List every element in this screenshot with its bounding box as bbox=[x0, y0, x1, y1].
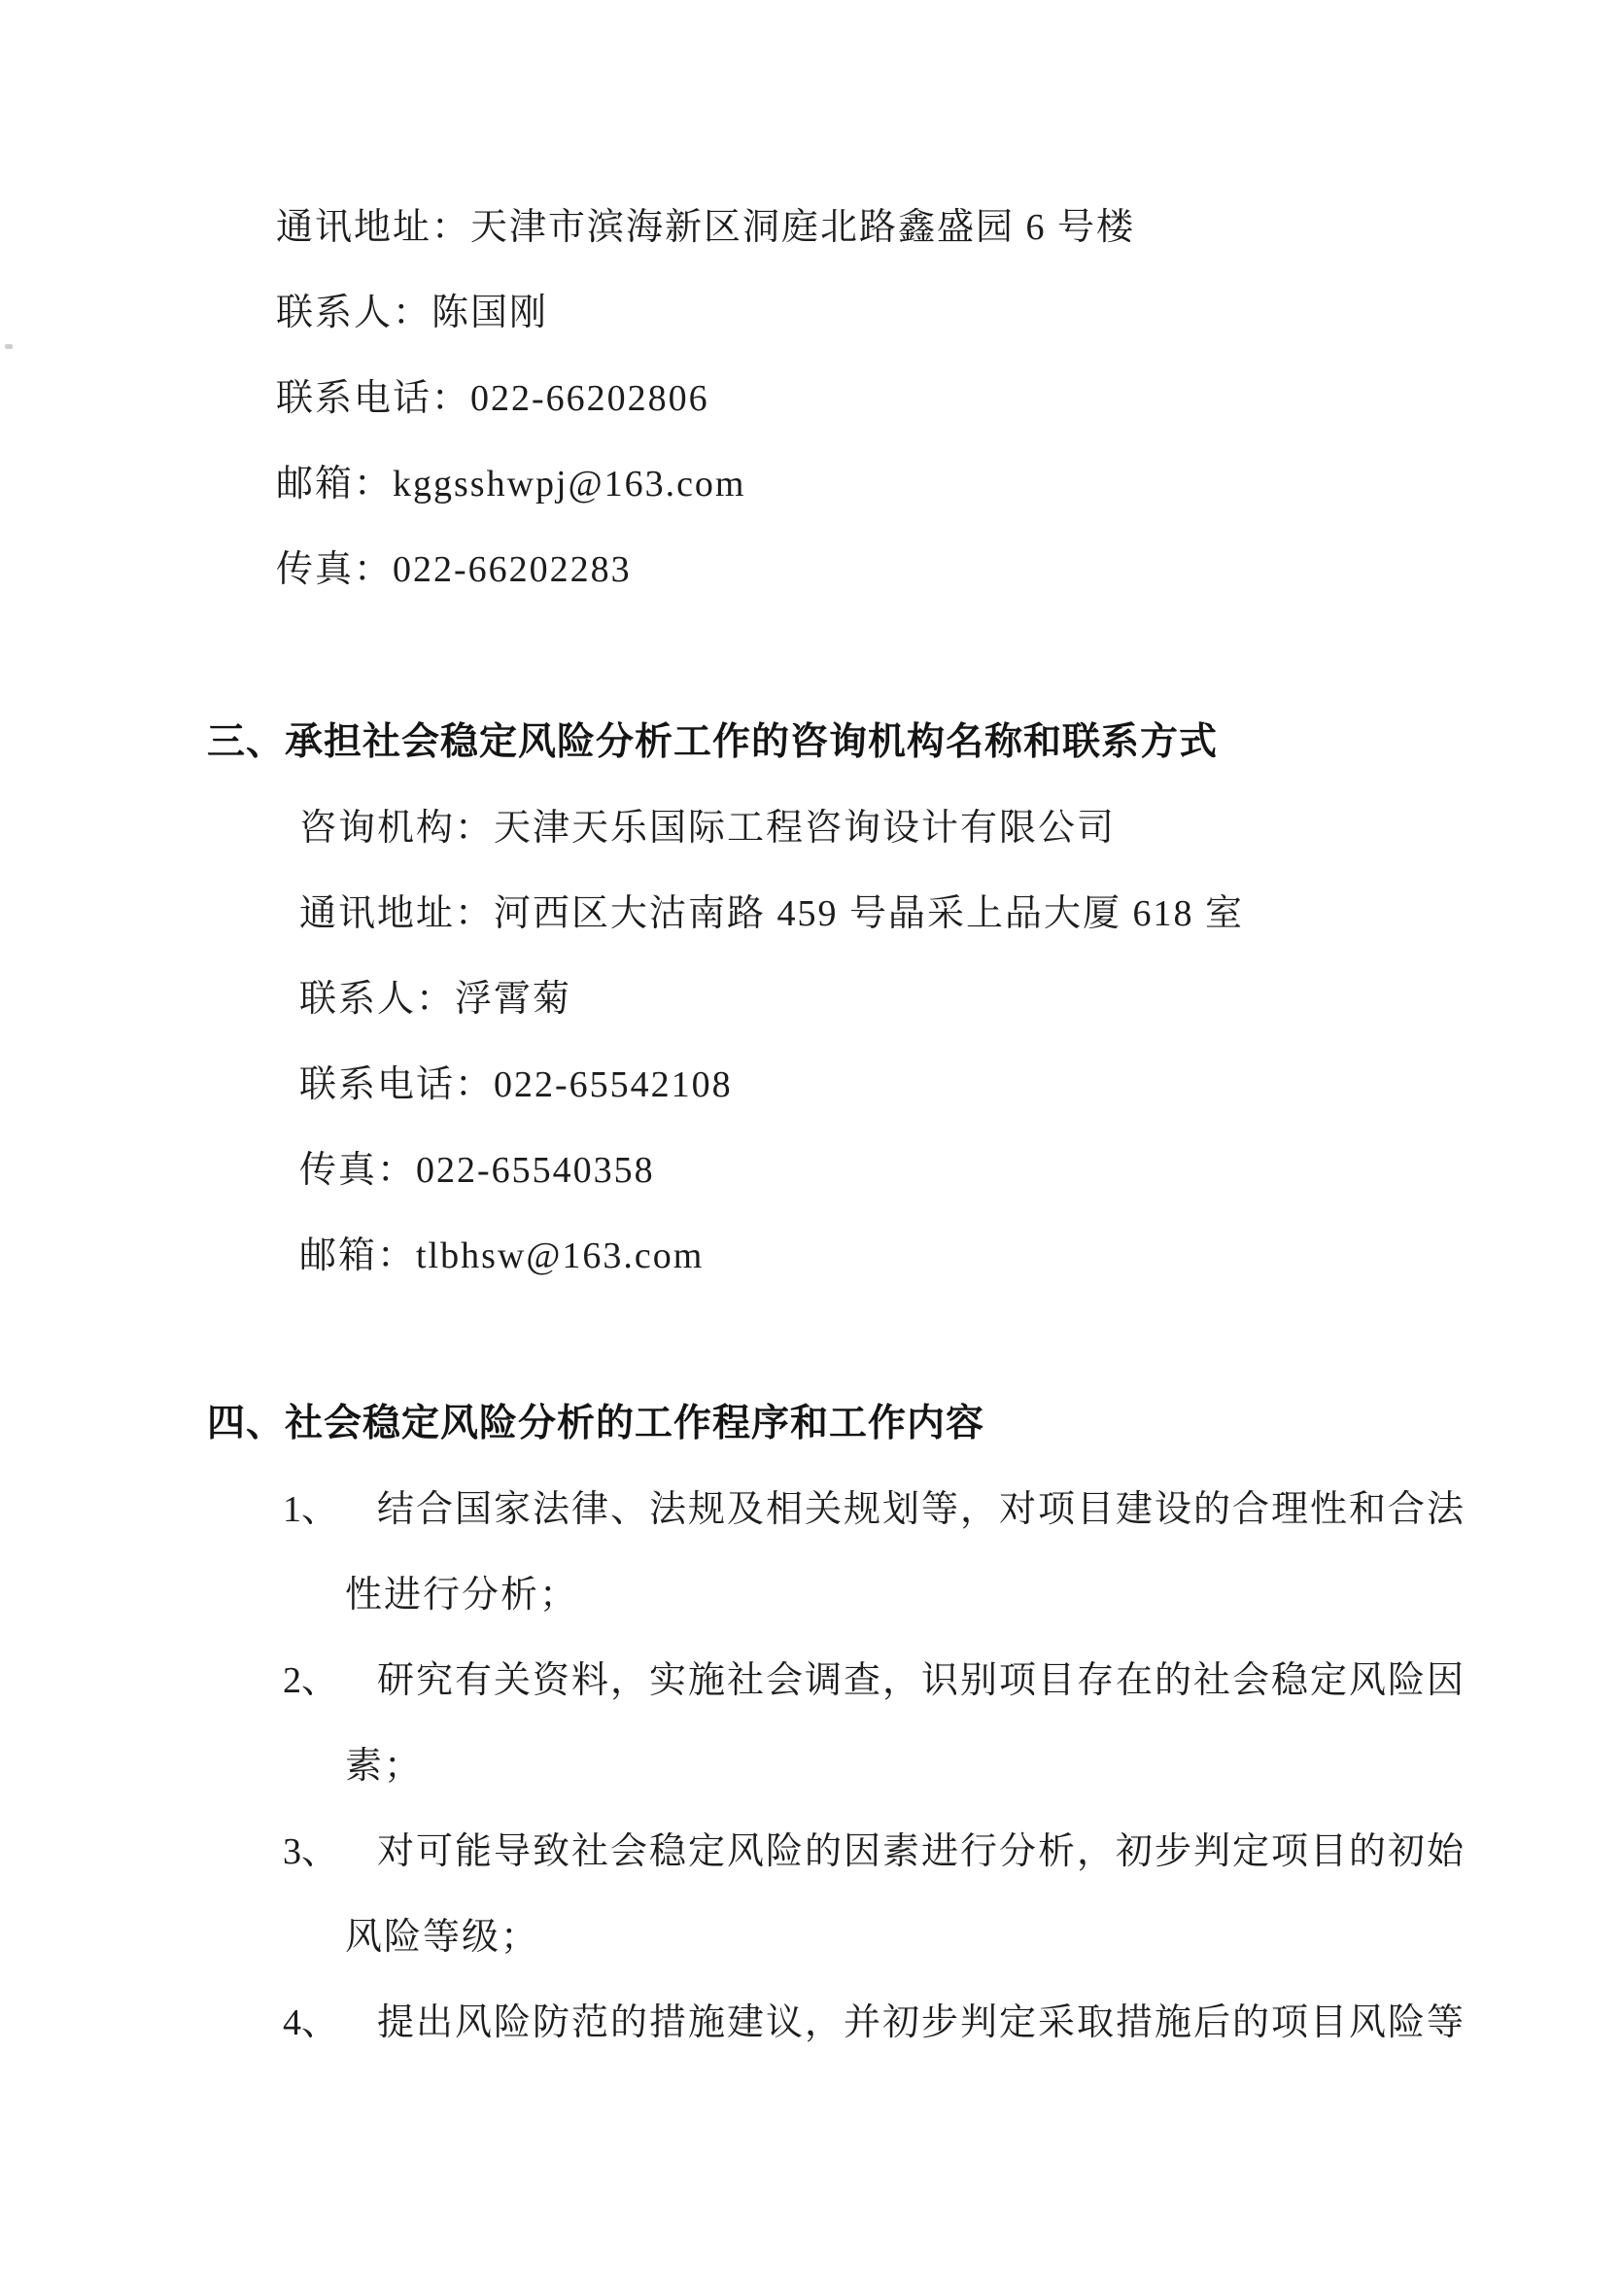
section4-heading: 四、社会稳定风险分析的工作程序和工作内容 bbox=[207, 1381, 1621, 1467]
work-procedure-item-3: 3、对可能导致社会稳定风险的因素进行分析，初步判定项目的初始 风险等级； bbox=[283, 1809, 1621, 1980]
applicant-contact-block: 通讯地址：天津市滨海新区洞庭北路鑫盛园 6 号楼 联系人：陈国刚 联系电话：02… bbox=[276, 185, 1621, 612]
contact-address-line: 通讯地址：天津市滨海新区洞庭北路鑫盛园 6 号楼 bbox=[276, 185, 1621, 270]
work-procedure-item-2: 2、研究有关资料，实施社会调查，识别项目存在的社会稳定风险因 素； bbox=[283, 1638, 1621, 1809]
list-item-number: 3、 bbox=[283, 1809, 377, 1895]
consulting-person-line: 联系人：浮霄菊 bbox=[299, 957, 1621, 1042]
list-item-text: 对可能导致社会稳定风险的因素进行分析，初步判定项目的初始 bbox=[377, 1831, 1466, 1872]
work-procedure-item-1: 1、结合国家法律、法规及相关规划等，对项目建设的合理性和合法 性进行分析； bbox=[283, 1467, 1621, 1638]
list-item-text: 结合国家法律、法规及相关规划等，对项目建设的合理性和合法 bbox=[377, 1489, 1466, 1530]
scan-artifact bbox=[5, 344, 13, 349]
contact-fax-line: 传真：022-66202283 bbox=[276, 527, 1621, 612]
contact-person-line: 联系人：陈国刚 bbox=[276, 270, 1621, 356]
contact-phone-line: 联系电话：022-66202806 bbox=[276, 356, 1621, 441]
list-item-line: 3、对可能导致社会稳定风险的因素进行分析，初步判定项目的初始 bbox=[283, 1809, 1621, 1895]
list-item-line: 素； bbox=[283, 1723, 1621, 1809]
consulting-fax-line: 传真：022-65540358 bbox=[299, 1128, 1621, 1213]
list-item-number: 4、 bbox=[283, 1980, 377, 2066]
list-item-number: 2、 bbox=[283, 1638, 377, 1723]
work-procedure-list: 1、结合国家法律、法规及相关规划等，对项目建设的合理性和合法 性进行分析； 2、… bbox=[283, 1467, 1621, 2066]
list-item-line: 风险等级； bbox=[283, 1895, 1621, 1980]
list-item-text: 提出风险防范的措施建议，并初步判定采取措施后的项目风险等 bbox=[377, 2002, 1466, 2043]
list-item-number: 1、 bbox=[283, 1467, 377, 1552]
consulting-email-line: 邮箱：tlbhsw@163.com bbox=[299, 1213, 1621, 1299]
work-procedure-item-4: 4、提出风险防范的措施建议，并初步判定采取措施后的项目风险等 bbox=[283, 1980, 1621, 2066]
contact-email-line: 邮箱：kggsshwpj@163.com bbox=[276, 441, 1621, 527]
list-item-text: 研究有关资料，实施社会调查，识别项目存在的社会稳定风险因 bbox=[377, 1660, 1466, 1701]
consulting-address-line: 通讯地址：河西区大沽南路 459 号晶采上品大厦 618 室 bbox=[299, 871, 1621, 957]
scanned-document-page: 通讯地址：天津市滨海新区洞庭北路鑫盛园 6 号楼 联系人：陈国刚 联系电话：02… bbox=[0, 0, 1621, 2296]
consulting-phone-line: 联系电话：022-65542108 bbox=[299, 1042, 1621, 1128]
list-item-line: 性进行分析； bbox=[283, 1552, 1621, 1638]
list-item-line: 1、结合国家法律、法规及相关规划等，对项目建设的合理性和合法 bbox=[283, 1467, 1621, 1552]
consulting-org-line: 咨询机构：天津天乐国际工程咨询设计有限公司 bbox=[299, 785, 1621, 871]
list-item-line: 2、研究有关资料，实施社会调查，识别项目存在的社会稳定风险因 bbox=[283, 1638, 1621, 1723]
section3-heading: 三、承担社会稳定风险分析工作的咨询机构名称和联系方式 bbox=[207, 700, 1621, 785]
consulting-org-contact-block: 咨询机构：天津天乐国际工程咨询设计有限公司 通讯地址：河西区大沽南路 459 号… bbox=[299, 785, 1621, 1299]
list-item-line: 4、提出风险防范的措施建议，并初步判定采取措施后的项目风险等 bbox=[283, 1980, 1621, 2066]
